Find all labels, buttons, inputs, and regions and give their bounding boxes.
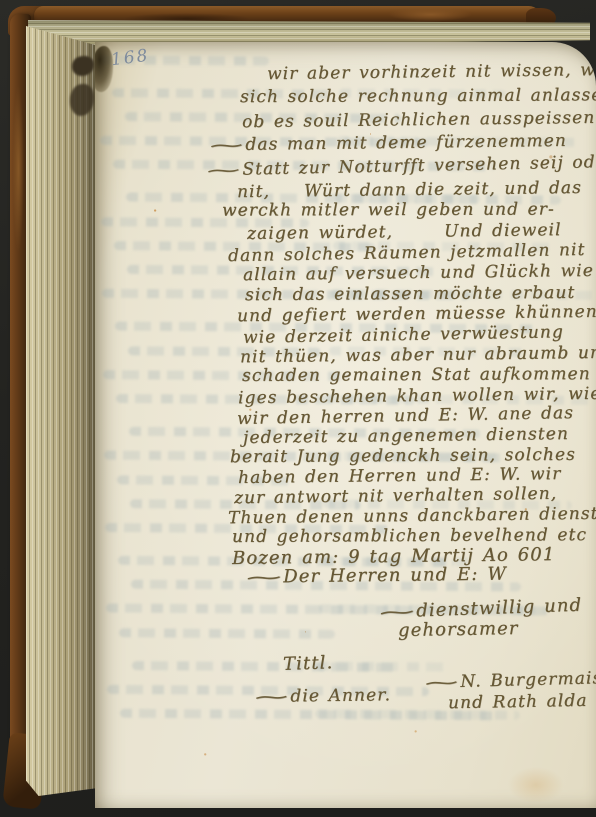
manuscript-line: und gehorsamblichen bevelhend etc [232, 527, 587, 546]
manuscript-line: jederzeit zu angenemen diensten [243, 426, 569, 447]
manuscript-line: werckh mitler weil geben und er- [222, 201, 555, 219]
manuscript-line: Der Herren und E: W [255, 565, 507, 586]
manuscript-line: sich solche rechnung ainmal anlassen und [240, 87, 596, 106]
manuscript-page: 168 wir aber vorhinzeit nit wissen, wies… [95, 42, 596, 808]
manuscript-line: nit, Würt dann die zeit, und das [237, 180, 582, 201]
manuscript-line: die Anner. [263, 687, 391, 706]
manuscript-line: Thuen denen unns danckbaren dienst [228, 506, 596, 528]
manuscript-line: zaigen würdet, Und dieweil [247, 222, 562, 243]
manuscript-line: wir aber vorhinzeit nit wissen, wie [267, 62, 596, 83]
manuscript-line: sich das einlassen möchte erbaut [245, 285, 575, 304]
manuscript-line: N. Burgermaister [433, 669, 596, 691]
manuscript-line: Tittl. [283, 654, 334, 674]
handwritten-text-block: wir aber vorhinzeit nit wissen, wiesich … [95, 42, 596, 808]
manuscript-photo: 168 wir aber vorhinzeit nit wissen, wies… [0, 0, 596, 817]
manuscript-line: Statt zur Notturfft versehen seij oder [215, 154, 596, 179]
manuscript-line: ob es souil Reichlichen ausspeissen [242, 110, 595, 131]
manuscript-line: allain auf versuech und Glückh wie [243, 263, 594, 284]
page-stack-left-edges [26, 26, 96, 796]
manuscript-line: das man mit deme fürzenemmen [218, 133, 567, 154]
manuscript-line: berait Jung gedenckh sein, solches [230, 447, 576, 466]
manuscript-line: schaden gemainen Stat aufkommen [242, 366, 591, 385]
manuscript-line: und Rath alda [448, 693, 588, 712]
manuscript-line: nit thüen, was aber nur abraumb und [240, 345, 596, 367]
manuscript-line: gehorsamer [398, 620, 519, 640]
